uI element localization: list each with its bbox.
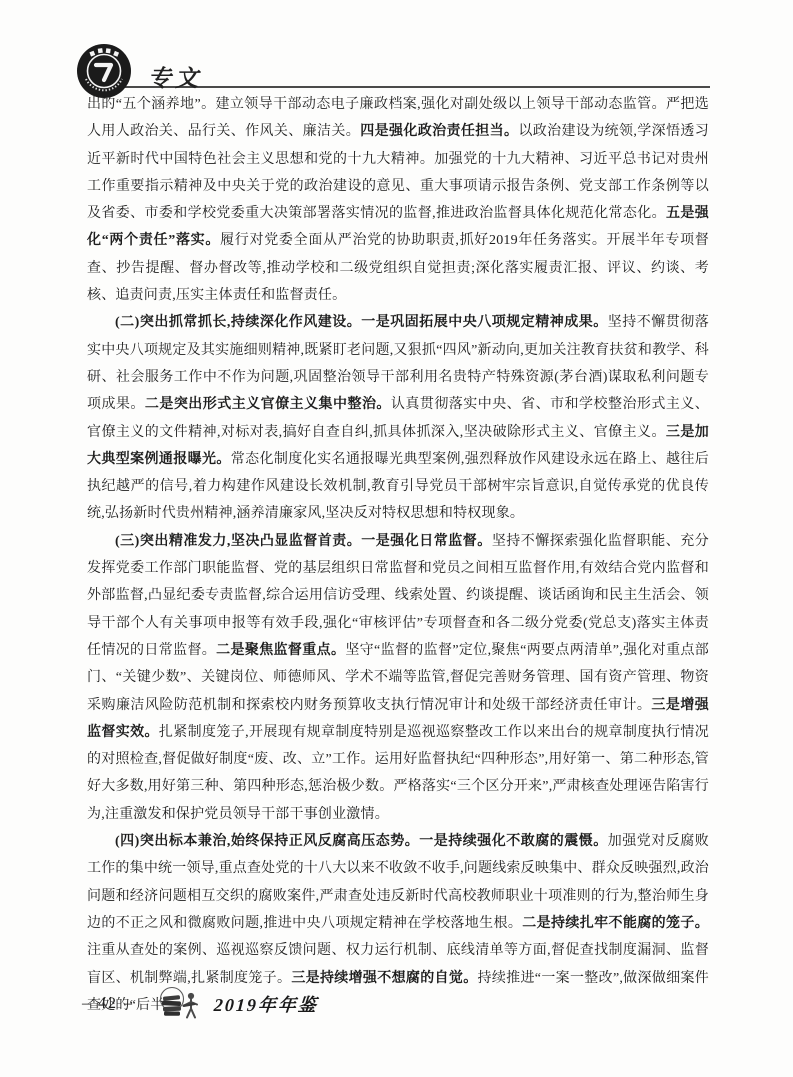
emphasis-run: 二是持续扎牢不能腐的笼子。 <box>522 916 709 931</box>
emphasis-run: 三是持续增强不想腐的自觉。 <box>291 971 477 986</box>
emphasis-run: (二)突出抓常抓长,持续深化作风建设。一是巩固拓展中央八项规定精神成果。 <box>115 315 608 330</box>
page-footer: – 42 – 2019年年鉴 <box>82 984 318 1024</box>
section-title: 专文 <box>148 60 202 93</box>
text-run: 坚持不懈探索强化监督职能、充分发挥党委工作部门职能监督、党的基层组织日常监督和党… <box>87 534 709 658</box>
paragraph: (二)突出抓常抓长,持续深化作风建设。一是巩固拓展中央八项规定精神成果。坚持不懈… <box>87 309 709 527</box>
emphasis-run: 四是强化政治责任担当。 <box>360 124 518 139</box>
emphasis-run: 二是突出形式主义官僚主义集中整治。 <box>145 397 391 412</box>
paragraph: 出的“五个涵养地”。建立领导干部动态电子廉政档案,强化对副处级以上领导干部动态监… <box>87 91 709 309</box>
page-number: – 42 – <box>82 995 134 1013</box>
body-text: 出的“五个涵养地”。建立领导干部动态电子廉政档案,强化对副处级以上领导干部动态监… <box>87 91 709 1019</box>
yearbook-title: 2019年年鉴 <box>213 991 319 1017</box>
emphasis-run: (三)突出精准发力,坚决凸显监督首责。一是强化日常监督。 <box>115 534 492 549</box>
emphasis-run: (四)突出标本兼治,始终保持正风反腐高压态势。一是持续强化不敢腐的震慑。 <box>115 834 608 849</box>
yearbook-mascot-icon <box>158 986 204 1022</box>
text-run: 扎紧制度笼子,开展现有规章制度特别是巡视巡察整改工作以来出台的规章制度执行情况的… <box>87 725 709 822</box>
document-page: 专文 出的“五个涵养地”。建立领导干部动态电子廉政档案,强化对副处级以上领导干部… <box>0 0 793 1077</box>
emphasis-run: 二是聚焦监督重点。 <box>216 643 345 658</box>
paragraph: (三)突出精准发力,坚决凸显监督首责。一是强化日常监督。坚持不懈探索强化监督职能… <box>87 528 709 828</box>
